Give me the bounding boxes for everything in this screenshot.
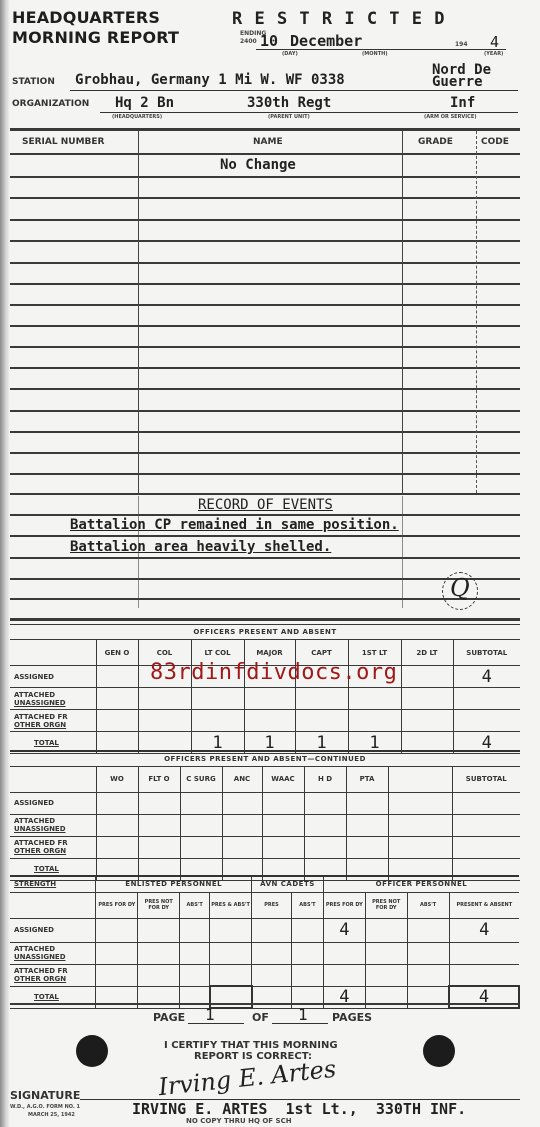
certify-line-1: I CERTIFY THAT THIS MORNING <box>164 1040 338 1051</box>
cell <box>96 710 138 732</box>
col-flt-o: FLT O <box>138 766 180 792</box>
event-line-1: Battalion CP remained in same position. <box>70 517 399 533</box>
label-line: OTHER ORGN <box>14 975 66 983</box>
cell <box>138 710 191 732</box>
cell <box>96 688 138 710</box>
blank-cell <box>10 892 96 918</box>
cell <box>210 942 252 964</box>
cell <box>323 964 365 986</box>
col-pta: PTA <box>346 766 388 792</box>
ending-time: 2400 <box>240 38 257 45</box>
cell <box>365 964 407 986</box>
col-subtotal: SUBTOTAL <box>453 640 520 666</box>
cell <box>138 942 180 964</box>
rule <box>10 304 520 306</box>
rule <box>10 128 520 131</box>
month-caption: (MONTH) <box>362 51 388 57</box>
divider <box>138 131 139 493</box>
cell <box>407 964 449 986</box>
rule <box>10 493 520 495</box>
page-total-underline <box>272 1023 328 1024</box>
rule <box>10 473 520 475</box>
cell <box>262 792 304 814</box>
divider <box>138 496 139 608</box>
cell <box>180 942 210 964</box>
cell <box>304 814 346 836</box>
cell <box>453 710 520 732</box>
blank-cell <box>10 640 96 666</box>
cell <box>180 792 222 814</box>
cell <box>138 688 191 710</box>
cell <box>365 942 407 964</box>
page-underline <box>188 1023 244 1024</box>
cell <box>138 964 180 986</box>
cell <box>453 688 520 710</box>
cell <box>96 814 138 836</box>
cell <box>191 710 244 732</box>
rule <box>10 388 520 390</box>
cell <box>138 836 180 858</box>
station-underline <box>70 90 518 91</box>
col-2d-lt: 2D LT <box>401 640 453 666</box>
row-attached-unassigned: ATTACHEDUNASSIGNED <box>10 688 96 710</box>
cell <box>388 836 452 858</box>
divider <box>476 131 477 493</box>
binder-hole-right <box>423 1035 455 1067</box>
col-anc: ANC <box>222 766 262 792</box>
cell <box>401 666 453 688</box>
cell <box>191 688 244 710</box>
rule <box>10 367 520 369</box>
cell <box>452 814 520 836</box>
record-of-events-title: RECORD OF EVENTS <box>198 497 333 513</box>
footnote: NO COPY THRU HQ OF SCH <box>186 1117 292 1125</box>
rule <box>10 262 520 264</box>
cell <box>401 688 453 710</box>
cell <box>252 964 292 986</box>
cell <box>244 688 295 710</box>
form-date: MARCH 25, 1942 <box>28 1112 75 1118</box>
form-number: W.D., A.G.O. FORM NO. 1 <box>10 1104 80 1110</box>
col-h-d: H D <box>304 766 346 792</box>
station-value: Grobhau, Germany 1 Mi W. WF 0338 <box>75 72 345 88</box>
binder-hole-left <box>76 1035 108 1067</box>
cell <box>252 942 292 964</box>
report-day: 10 <box>260 32 278 50</box>
cell <box>138 814 180 836</box>
assigned-off-present-absent: 4 <box>449 918 519 942</box>
cell <box>96 792 138 814</box>
col-code: CODE <box>481 137 509 147</box>
cell <box>388 814 452 836</box>
rule <box>10 514 520 516</box>
label-line: ATTACHED <box>14 817 55 825</box>
rule <box>10 557 520 559</box>
row-assigned: ASSIGNED <box>10 792 96 814</box>
col-c-surg: C SURG <box>180 766 222 792</box>
date-underline <box>256 49 506 50</box>
col-enl-pres-abst: PRES & ABS'T <box>210 892 252 918</box>
cell <box>138 792 180 814</box>
rule <box>10 325 520 327</box>
rule <box>10 578 520 580</box>
morning-report-document: HEADQUARTERS MORNING REPORT R E S T R I … <box>0 0 540 1127</box>
page-label: PAGE <box>153 1011 185 1024</box>
col-enl-abst: ABS'T <box>180 892 210 918</box>
cell <box>348 688 401 710</box>
cell <box>96 836 138 858</box>
label-line: OTHER ORGN <box>14 721 66 729</box>
cell <box>244 710 295 732</box>
cell <box>96 666 138 688</box>
cell <box>346 792 388 814</box>
rule <box>10 618 520 621</box>
label-line: UNASSIGNED <box>14 825 66 833</box>
cell <box>210 964 252 986</box>
row-attached-other-orgn: ATTACHED FROTHER ORGN <box>10 710 96 732</box>
cell <box>180 964 210 986</box>
rule <box>10 153 520 155</box>
group-avn-cadets: AVN CADETS <box>252 876 324 892</box>
rule <box>10 283 520 285</box>
row-attached-unassigned: ATTACHEDUNASSIGNED <box>10 814 96 836</box>
cell <box>449 942 519 964</box>
label-line: UNASSIGNED <box>14 953 66 961</box>
report-month: December <box>290 32 362 50</box>
cell <box>346 814 388 836</box>
parent-caption: (PARENT UNIT) <box>268 114 310 120</box>
divider <box>402 131 403 493</box>
cell <box>304 836 346 858</box>
year-prefix: 194 <box>455 41 468 48</box>
report-year: 4 <box>490 33 499 51</box>
headquarters-caption: (HEADQUARTERS) <box>112 114 162 120</box>
col-enl-pres-not-for-dy: PRES NOT FOR DY <box>138 892 180 918</box>
col-avn-abst: ABS'T <box>291 892 323 918</box>
page-number: 1 <box>205 1005 215 1024</box>
row-attached-other-orgn: ATTACHED FROTHER ORGN <box>10 836 96 858</box>
arm-caption: (ARM OR SERVICE) <box>424 114 477 120</box>
assigned-off-pres-for-dy: 4 <box>323 918 365 942</box>
page-total: 1 <box>298 1005 308 1024</box>
cell <box>295 710 348 732</box>
col-waac: WAAC <box>262 766 304 792</box>
officers-continued-table: OFFICERS PRESENT AND ABSENT—CONTINUED WO… <box>10 750 520 881</box>
watermark: 83rdinfdivdocs.org <box>150 660 397 685</box>
entry-no-change: No Change <box>220 157 296 173</box>
organization-label: ORGANIZATION <box>12 99 89 109</box>
row-attached-other-orgn: ATTACHED FROTHER ORGN <box>10 964 96 986</box>
col-grade: GRADE <box>418 137 453 147</box>
title-headquarters: HEADQUARTERS <box>12 8 160 27</box>
col-off-abst: ABS'T <box>407 892 449 918</box>
pages-label: PAGES <box>332 1011 372 1024</box>
officers-table-title: OFFICERS PRESENT AND ABSENT <box>10 625 520 640</box>
row-attached-unassigned: ATTACHEDUNASSIGNED <box>10 942 96 964</box>
group-enlisted: ENLISTED PERSONNEL <box>96 876 252 892</box>
day-caption: (DAY) <box>282 51 298 57</box>
rule <box>10 240 520 242</box>
of-label: OF <box>252 1011 269 1024</box>
title-morning-report: MORNING REPORT <box>12 28 179 47</box>
cell <box>222 836 262 858</box>
cell <box>96 942 138 964</box>
label-line: ATTACHED FR <box>14 967 68 975</box>
cell <box>388 792 452 814</box>
cell <box>407 942 449 964</box>
strength-label: STRENGTH <box>10 876 96 892</box>
org-underline <box>100 112 518 113</box>
org-parent-unit: 330th Regt <box>247 95 331 111</box>
col-gen-o: GEN O <box>96 640 138 666</box>
col-off-pres-not-for-dy: PRES NOT FOR DY <box>365 892 407 918</box>
cell <box>449 964 519 986</box>
col-name: NAME <box>253 137 283 147</box>
cell <box>291 918 323 942</box>
row-assigned: ASSIGNED <box>10 666 96 688</box>
blank-cell <box>10 766 96 792</box>
col-wo: WO <box>96 766 138 792</box>
col-off-present-absent: PRESENT & ABSENT <box>449 892 519 918</box>
cell <box>210 918 252 942</box>
rule <box>10 431 520 433</box>
cell <box>407 918 449 942</box>
col-serial-number: SERIAL NUMBER <box>22 137 104 147</box>
label-line: OTHER ORGN <box>14 847 66 855</box>
strength-table: STRENGTH ENLISTED PERSONNEL AVN CADETS O… <box>10 875 520 1009</box>
cell <box>262 836 304 858</box>
cell <box>222 814 262 836</box>
year-caption: (YEAR) <box>484 51 503 57</box>
officers-continued-title: OFFICERS PRESENT AND ABSENT—CONTINUED <box>10 751 520 766</box>
cell <box>262 814 304 836</box>
cell <box>222 792 262 814</box>
rule <box>10 346 520 348</box>
group-officer: OFFICER PERSONNEL <box>323 876 519 892</box>
assigned-subtotal: 4 <box>453 666 520 688</box>
row-assigned: ASSIGNED <box>10 918 96 942</box>
cell <box>323 942 365 964</box>
cell <box>452 792 520 814</box>
label-line: ATTACHED FR <box>14 713 68 721</box>
rule <box>10 197 520 199</box>
org-arm: Inf <box>450 95 475 111</box>
scan-edge-shadow <box>0 0 10 1127</box>
col-avn-pres: PRES <box>252 892 292 918</box>
officers-present-table: OFFICERS PRESENT AND ABSENT GEN O COL LT… <box>10 624 520 754</box>
initials-mark: Q <box>450 574 470 602</box>
signer-typed-name: IRVING E. ARTES 1st Lt., 330TH INF. <box>132 1100 466 1118</box>
label-line: ATTACHED <box>14 691 55 699</box>
rule <box>10 452 520 454</box>
cell <box>138 918 180 942</box>
station-extra-2: Guerre <box>432 74 483 90</box>
label-line: ATTACHED FR <box>14 839 68 847</box>
cell <box>96 964 138 986</box>
cell <box>295 688 348 710</box>
station-label: STATION <box>12 77 55 87</box>
cell <box>346 836 388 858</box>
label-line: ATTACHED <box>14 945 55 953</box>
cell <box>180 814 222 836</box>
col-off-pres-for-dy: PRES FOR DY <box>323 892 365 918</box>
rule <box>10 219 520 221</box>
cell <box>401 710 453 732</box>
cell <box>180 836 222 858</box>
cell <box>452 836 520 858</box>
col-enl-pres-for-dy: PRES FOR DY <box>96 892 138 918</box>
cell <box>96 918 138 942</box>
cell <box>291 942 323 964</box>
cell <box>291 964 323 986</box>
rule <box>10 176 520 178</box>
cell <box>348 710 401 732</box>
cell <box>180 918 210 942</box>
col-blank <box>388 766 452 792</box>
rule <box>10 410 520 412</box>
cell <box>252 918 292 942</box>
signature-label: SIGNATURE <box>10 1089 80 1102</box>
event-line-2: Battalion area heavily shelled. <box>70 539 331 555</box>
org-headquarters: Hq 2 Bn <box>115 95 174 111</box>
rule <box>10 535 520 537</box>
col-subtotal: SUBTOTAL <box>452 766 520 792</box>
classification-restricted: R E S T R I C T E D <box>232 9 445 29</box>
divider <box>402 496 403 608</box>
rule <box>10 1003 520 1005</box>
cell <box>304 792 346 814</box>
label-line: UNASSIGNED <box>14 699 66 707</box>
cell <box>365 918 407 942</box>
